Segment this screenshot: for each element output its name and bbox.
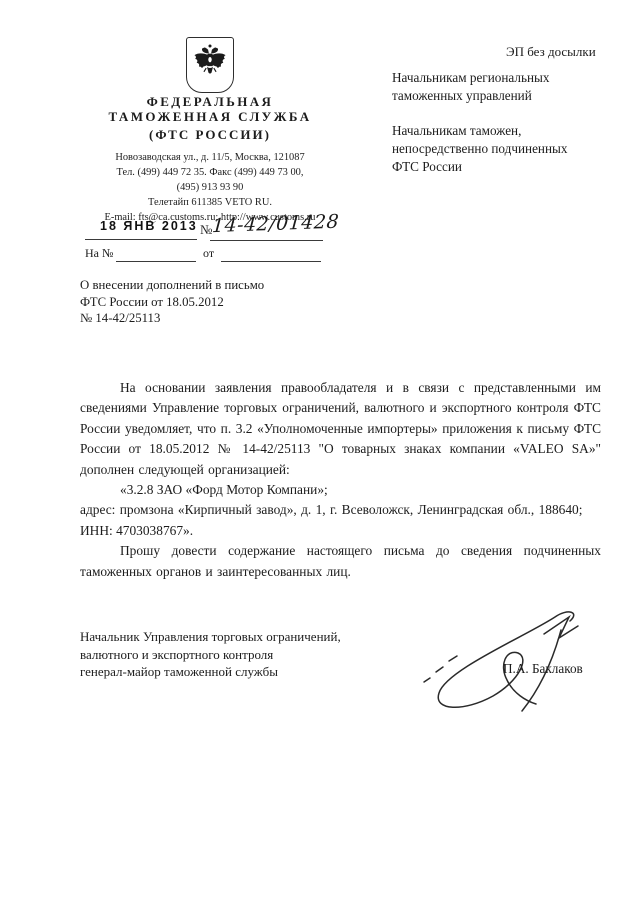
letter-body: На основании заявления правообладателя и… — [80, 378, 601, 582]
org-abbreviation: (ФТС РОССИИ) — [85, 127, 335, 143]
position-line1: Начальник Управления торговых ограничени… — [80, 628, 410, 646]
addressee1-line1: Начальникам региональных — [392, 69, 622, 87]
org-name-line2: ТАМОЖЕННАЯ СЛУЖБА — [85, 109, 335, 124]
subject-line3: № 14-42/25113 — [80, 310, 350, 327]
address-street: Новозаводская ул., д. 11/5, Москва, 1210… — [85, 150, 335, 165]
addressee-regional-directorates: Начальникам региональных таможенных упра… — [392, 69, 622, 105]
position-line2: валютного и экспортного контроля — [80, 646, 410, 664]
coat-of-arms-frame — [186, 37, 234, 93]
signer-position-block: Начальник Управления торговых ограничени… — [80, 628, 410, 681]
ot-label: от — [203, 246, 214, 261]
scanned-letter-page: ФЕДЕРАЛЬНАЯ ТАМОЖЕННАЯ СЛУЖБА (ФТС РОССИ… — [0, 0, 640, 900]
addressee2-line2: непосредственно подчиненных — [392, 140, 622, 158]
addressee-customs-heads: Начальникам таможен, непосредственно под… — [392, 122, 622, 176]
addressee2-line3: ФТС России — [392, 158, 622, 176]
handwritten-outgoing-number: 14-42/01428 — [211, 211, 332, 237]
signer-name: П.А. Баклаков — [503, 661, 583, 677]
body-inn-line: ИНН: 4703038767». — [80, 521, 601, 541]
org-name-line1: ФЕДЕРАЛЬНАЯ — [85, 94, 335, 109]
subject-line1: О внесении дополнений в письмо — [80, 277, 350, 294]
ot-underline — [221, 261, 321, 262]
na-no-underline — [116, 261, 196, 262]
subject-block: О внесении дополнений в письмо ФТС Росси… — [80, 277, 350, 327]
ep-delivery-note: ЭП без досылки — [506, 44, 596, 60]
body-paragraph-1: На основании заявления правообладателя и… — [80, 378, 601, 480]
subject-line2: ФТС России от 18.05.2012 — [80, 294, 350, 311]
addressee1-line2: таможенных управлений — [392, 87, 622, 105]
position-line3: генерал-майор таможенной службы — [80, 663, 410, 681]
date-underline — [85, 239, 197, 240]
body-paragraph-2: Прошу довести содержание настоящего пись… — [80, 541, 601, 582]
address-teletype: Телетайп 611385 VETO RU. — [85, 195, 335, 210]
na-no-label: На № — [85, 246, 113, 261]
double-headed-eagle-icon — [191, 42, 229, 88]
body-company-address: адрес: промзона «Кирпичный завод», д. 1,… — [80, 500, 601, 520]
address-phone: Тел. (499) 449 72 35. Факс (499) 449 73 … — [85, 165, 335, 180]
addressee2-line1: Начальникам таможен, — [392, 122, 622, 140]
body-item-line: «3.2.8 ЗАО «Форд Мотор Компани»; — [80, 480, 601, 500]
address-phone2: (495) 913 93 90 — [85, 180, 335, 195]
number-underline — [210, 240, 323, 241]
date-stamp: 18 ЯНВ 2013 — [100, 219, 198, 233]
